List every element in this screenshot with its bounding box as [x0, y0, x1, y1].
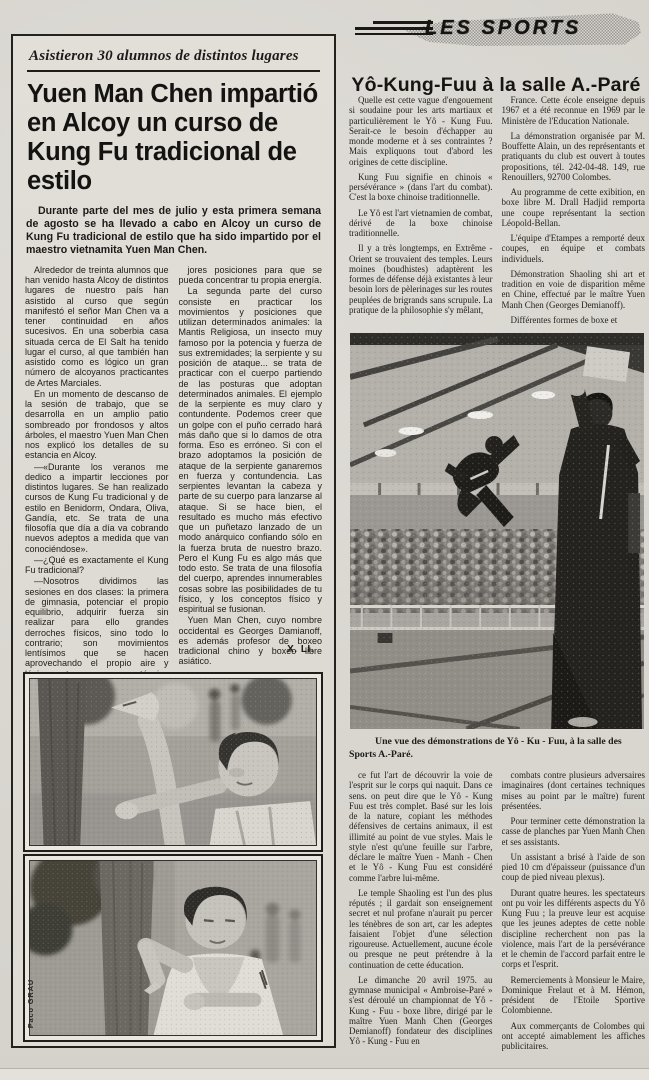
article-column-1: Alrededor de treinta alumnos que han ven… [25, 265, 169, 713]
paragraph: —¿Qué es exactamente el Kung Fu tradicio… [25, 555, 169, 576]
paragraph: France. Cette école enseigne depuis 1967… [502, 95, 646, 126]
paragraph: La démonstration organisée par M. Bouffe… [502, 131, 646, 182]
article-columns: Alrededor de treinta alumnos que han ven… [25, 265, 322, 713]
paragraph: Démonstration Shaoling shi art et tradit… [502, 269, 646, 310]
sports-section-header: LES SPORTS [353, 12, 641, 46]
photo-credit: Paco GRAU [26, 979, 35, 1028]
photo-snake-hand [29, 678, 317, 846]
article-headline: Yuen Man Chen impartió en Alcoy un curso… [27, 80, 320, 196]
french-intro-column-2: France. Cette école enseigne depuis 1967… [502, 95, 646, 333]
photo-gym-illustration [350, 333, 644, 729]
paragraph: Le dimanche 20 avril 1975. au gymnase mu… [349, 975, 493, 1047]
paragraph: Pour terminer cette démonstration la cas… [502, 816, 646, 847]
article-kicker: Asistieron 30 alumnos de distintos lugar… [27, 46, 320, 72]
paragraph: En un momento de descanso de la sesión d… [25, 389, 169, 461]
french-body-columns: ce fut l'art de découvrir la voie de l'e… [349, 770, 645, 1066]
photo-master-portrait [29, 860, 317, 1036]
paragraph: Il y a très longtemps, en Extrême - Orie… [349, 243, 493, 315]
sports-section: LES SPORTS Yô-Kung-Fuu à la salle A.-Par… [345, 0, 647, 1080]
section-title: LES SPORTS [425, 17, 581, 40]
paragraph: combats contre plusieurs adversaires ima… [502, 770, 646, 811]
paragraph: L'équipe d'Etampes a remporté deux coupe… [502, 233, 646, 264]
article-byline: X. LI. [287, 644, 314, 655]
paragraph: Yuen Man Chen, cuyo nombre occidental es… [179, 615, 323, 666]
page-bottom-edge [0, 1068, 649, 1080]
paragraph: Un assistant a brisé à l'aide de son pie… [502, 852, 646, 883]
french-intro-column-1: Quelle est cette vague d'engouement si s… [349, 95, 493, 333]
french-article-title: Yô-Kung-Fuu à la salle A.-Paré [345, 74, 647, 97]
paragraph: Aux commerçants de Colombes qui ont acce… [502, 1021, 646, 1052]
newspaper-page: Asistieron 30 alumnos de distintos lugar… [0, 0, 649, 1080]
photo-gym-demonstration [350, 333, 644, 729]
paragraph: Au programme de cette exibition, en boxe… [502, 187, 646, 228]
photo-caption: Une vue des démonstrations de Yô - Ku - … [349, 736, 645, 761]
french-intro-columns: Quelle est cette vague d'engouement si s… [349, 95, 645, 333]
paragraph: Remerciements à Monsieur le Maire, Domin… [502, 975, 646, 1016]
left-article-box: Asistieron 30 alumnos de distintos lugar… [11, 34, 336, 1048]
photo-snake-hand-frame [23, 672, 323, 852]
paragraph: Le temple Shaoling est l'un des plus rép… [349, 888, 493, 970]
french-body-column-2: combats contre plusieurs adversaires ima… [502, 770, 646, 1066]
article-column-2: jores posiciones para que se pueda conce… [179, 265, 323, 677]
paragraph: Kung Fuu signifie en chinois « persévéra… [349, 172, 493, 203]
photo-snake-hand-illustration [30, 679, 316, 845]
header-rules [355, 21, 433, 35]
paragraph: ce fut l'art de découvrir la voie de l'e… [349, 770, 493, 883]
photo-master-portrait-frame [23, 854, 323, 1042]
paragraph: Alrededor de treinta alumnos que han ven… [25, 265, 169, 388]
paragraph: Le Yô est l'art vietnamien de combat, dé… [349, 208, 493, 239]
paragraph: Durant quatre heures. les spectateurs on… [502, 888, 646, 970]
paragraph: La segunda parte del curso consiste en p… [179, 286, 323, 614]
paragraph: Différentes formes de boxe et [502, 315, 646, 325]
french-body-column-1: ce fut l'art de découvrir la voie de l'e… [349, 770, 493, 1066]
paragraph: —«Durante los veranos me dedico a impart… [25, 462, 169, 554]
lead-paragraph: Durante parte del mes de julio y esta pr… [26, 205, 321, 257]
paragraph: Quelle est cette vague d'engouement si s… [349, 95, 493, 167]
photo-master-portrait-illustration [30, 861, 316, 1035]
paragraph: jores posiciones para que se pueda conce… [179, 265, 323, 286]
